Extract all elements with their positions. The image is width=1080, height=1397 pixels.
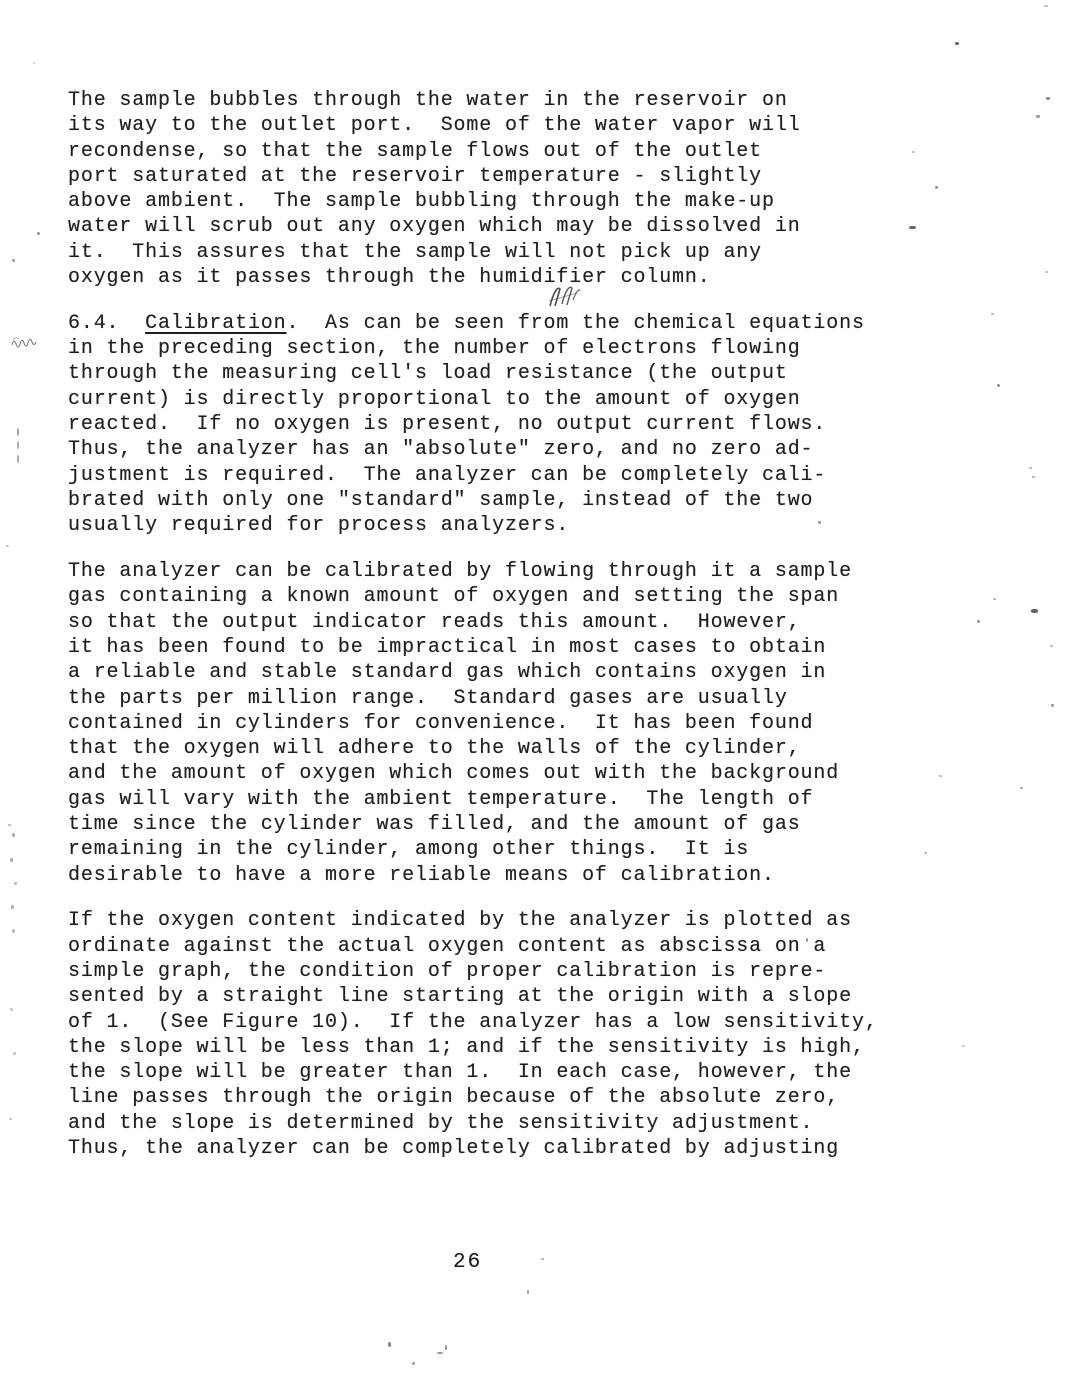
text-line: above ambient. The sample bubbling throu… <box>68 189 928 214</box>
scan-speck <box>955 42 959 45</box>
scan-speck <box>74 89 76 91</box>
text-line: water will scrub out any oxygen which ma… <box>68 214 928 239</box>
scan-speck <box>10 858 13 862</box>
text-line: The analyzer can be calibrated by flowin… <box>68 559 928 584</box>
scan-speck <box>12 833 15 837</box>
margin-scribble-mark <box>11 334 41 350</box>
text-segment: 6.4. <box>68 312 145 335</box>
scan-speck <box>33 62 35 64</box>
scan-speck <box>977 620 980 623</box>
text-line: contained in cylinders for convenience. … <box>68 711 928 736</box>
scan-speck <box>541 1258 544 1260</box>
text-line: remaining in the cylinder, among other t… <box>68 837 928 862</box>
scan-speck <box>12 259 15 262</box>
scan-speck <box>9 1118 12 1120</box>
page-number: 26 <box>453 1251 482 1274</box>
text-line: sented by a straight line starting at th… <box>68 984 928 1009</box>
scan-speck <box>17 428 19 436</box>
text-line: gas will vary with the ambient temperatu… <box>68 787 928 812</box>
text-line: brated with only one "standard" sample, … <box>68 488 928 513</box>
text-line: the slope will be greater than 1. In eac… <box>68 1060 928 1085</box>
text-line: of 1. (See Figure 10). If the analyzer h… <box>68 1010 928 1035</box>
paragraph-standard-gas: The analyzer can be calibrated by flowin… <box>68 559 928 888</box>
scan-speck <box>1036 115 1040 118</box>
text-line: that the oxygen will adhere to the walls… <box>68 736 928 761</box>
text-line: current) is directly proportional to the… <box>68 387 928 412</box>
text-line: 6.4. Calibration. As can be seen from th… <box>68 311 928 336</box>
scan-speck <box>1031 609 1038 613</box>
text-line: Thus, the analyzer has an "absolute" zer… <box>68 437 928 462</box>
scan-speck <box>939 775 942 777</box>
document-body: The sample bubbles through the water in … <box>68 88 928 1182</box>
text-line: If the oxygen content indicated by the a… <box>68 908 928 933</box>
scan-speck <box>412 1362 415 1365</box>
text-line: recondense, so that the sample flows out… <box>68 139 928 164</box>
text-line: in the preceding section, the number of … <box>68 336 928 361</box>
text-line: the slope will be less than 1; and if th… <box>68 1035 928 1060</box>
scan-speck <box>1050 645 1053 647</box>
text-line: desirable to have a more reliable means … <box>68 863 928 888</box>
section-title-underlined: Calibration <box>145 312 286 335</box>
text-line: reacted. If no oxygen is present, no out… <box>68 412 928 437</box>
scan-speck <box>37 232 40 235</box>
scan-speck <box>13 1052 16 1055</box>
paragraph-humidifier: The sample bubbles through the water in … <box>68 88 928 290</box>
text-line: through the measuring cell's load resist… <box>68 361 928 386</box>
scan-speck <box>806 938 808 942</box>
text-line: The sample bubbles through the water in … <box>68 88 928 113</box>
text-line: so that the output indicator reads this … <box>68 610 928 635</box>
scan-speck <box>527 1290 529 1294</box>
scan-speck <box>6 545 9 547</box>
scan-speck <box>1020 787 1023 789</box>
handwritten-mark <box>546 282 582 310</box>
scan-speck <box>991 313 994 315</box>
text-line: Thus, the analyzer can be completely cal… <box>68 1136 928 1161</box>
scan-speck <box>8 824 11 826</box>
scan-speck <box>1032 476 1035 478</box>
scan-speck <box>388 1342 391 1347</box>
text-line: and the slope is determined by the sensi… <box>68 1111 928 1136</box>
scan-speck <box>1046 97 1050 100</box>
scan-speck <box>445 1345 447 1350</box>
scan-speck <box>924 852 927 854</box>
text-line: justment is required. The analyzer can b… <box>68 463 928 488</box>
document-page: The sample bubbles through the water in … <box>0 0 1080 1397</box>
scan-speck <box>997 384 1000 387</box>
scan-speck <box>909 226 916 229</box>
text-line: a reliable and stable standard gas which… <box>68 660 928 685</box>
text-line: oxygen as it passes through the humidifi… <box>68 265 928 290</box>
scan-speck <box>1051 704 1054 707</box>
text-line: it has been found to be impractical in m… <box>68 635 928 660</box>
scan-speck <box>723 220 725 224</box>
text-line: the parts per million range. Standard ga… <box>68 686 928 711</box>
scan-speck <box>14 882 17 885</box>
text-line: simple graph, the condition of proper ca… <box>68 959 928 984</box>
scan-speck <box>17 441 19 449</box>
text-line: gas containing a known amount of oxygen … <box>68 584 928 609</box>
scan-speck <box>818 521 821 524</box>
scan-speck <box>12 929 15 933</box>
scan-speck <box>993 598 996 600</box>
scan-speck <box>1029 467 1032 469</box>
text-segment: . As can be seen from the chemical equat… <box>287 312 865 335</box>
text-line: port saturated at the reservoir temperat… <box>68 164 928 189</box>
scan-speck <box>1044 5 1048 7</box>
scan-speck <box>10 1008 13 1011</box>
scan-speck <box>17 455 19 463</box>
text-line: usually required for process analyzers. <box>68 513 928 538</box>
text-line: ordinate against the actual oxygen conte… <box>68 934 928 959</box>
paragraph-calibration-graph: If the oxygen content indicated by the a… <box>68 908 928 1161</box>
scan-speck <box>962 1045 965 1047</box>
paragraph-section-6-4-calibration: 6.4. Calibration. As can be seen from th… <box>68 311 928 539</box>
scan-speck <box>437 1352 443 1354</box>
scan-speck <box>1045 271 1048 273</box>
scan-speck <box>935 186 938 189</box>
scan-speck <box>11 905 14 909</box>
text-line: line passes through the origin because o… <box>68 1085 928 1110</box>
text-line: it. This assures that the sample will no… <box>68 240 928 265</box>
text-line: and the amount of oxygen which comes out… <box>68 761 928 786</box>
text-line: its way to the outlet port. Some of the … <box>68 113 928 138</box>
text-line: time since the cylinder was filled, and … <box>68 812 928 837</box>
scan-speck <box>912 151 915 153</box>
